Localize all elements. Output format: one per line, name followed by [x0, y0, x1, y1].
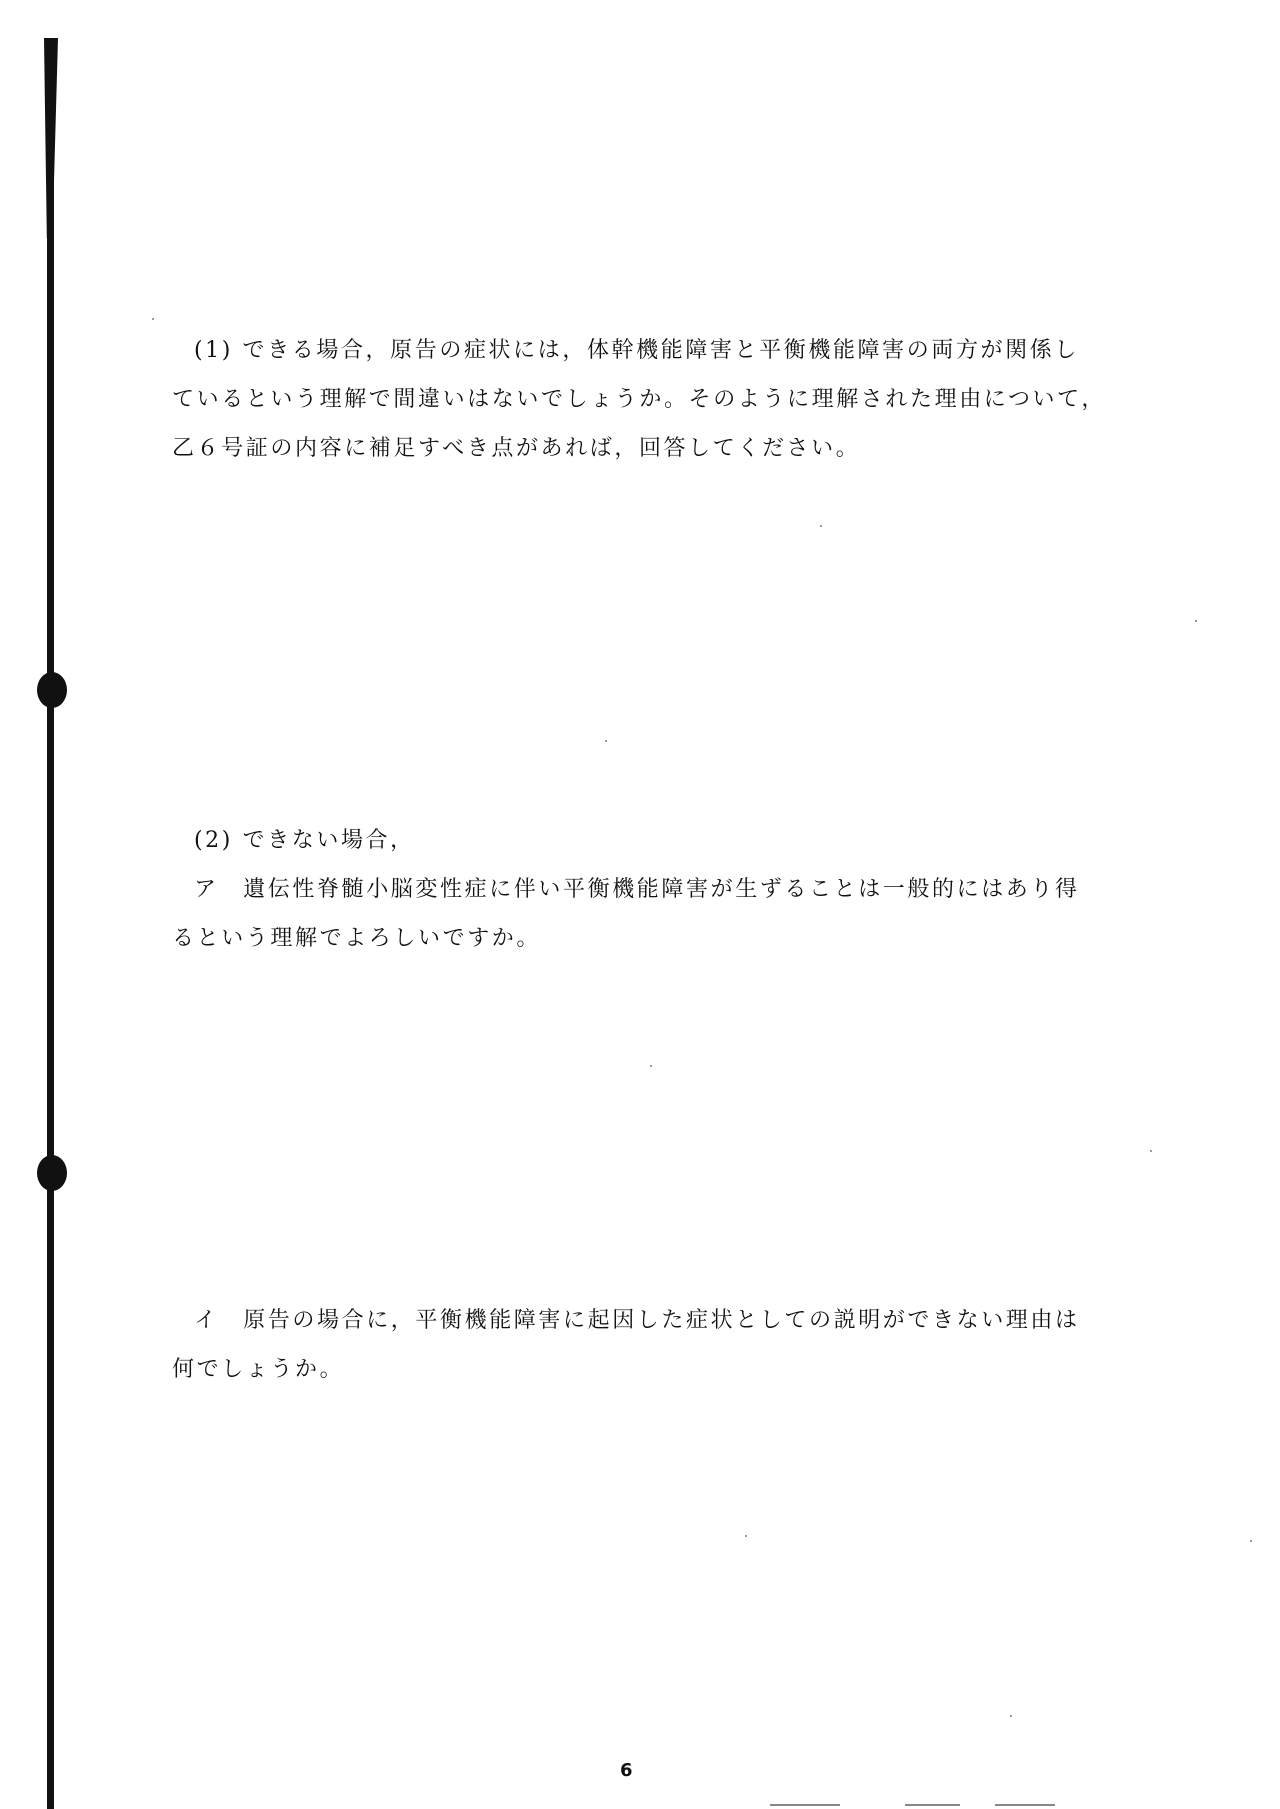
punch-hole-icon	[37, 1155, 67, 1191]
speck	[745, 1535, 747, 1537]
speck	[820, 525, 822, 527]
punch-hole-icon	[37, 672, 67, 708]
section-2-heading-text: (2) できない場合，	[172, 816, 1232, 865]
speck	[650, 1065, 652, 1067]
section-1-line-2: ているという理解で間違いはないでしょうか。そのように理解された理由について，	[172, 375, 1232, 424]
section-2-heading: (2) できない場合，	[172, 816, 1232, 865]
speck	[1150, 1150, 1152, 1152]
section-1-question: (1) できる場合，原告の症状には，体幹機能障害と平衡機能障害の両方が関係し て…	[172, 326, 1232, 473]
speck	[1010, 1715, 1012, 1717]
scan-mark	[905, 1804, 960, 1806]
page-number: 6	[620, 1760, 633, 1781]
item-a-line-1: ア 遺伝性脊髄小脳変性症に伴い平衡機能障害が生ずることは一般的にはあり得	[172, 865, 1232, 914]
item-i-line-1: イ 原告の場合に，平衡機能障害に起因した症状としての説明ができない理由は	[172, 1296, 1232, 1345]
section-2-item-i: イ 原告の場合に，平衡機能障害に起因した症状としての説明ができない理由は 何でし…	[172, 1296, 1232, 1394]
speck	[605, 740, 607, 742]
item-a-line-2: るという理解でよろしいですか。	[172, 914, 1232, 963]
section-1-line-3: 乙６号証の内容に補足すべき点があれば，回答してください。	[172, 424, 1232, 473]
section-1-line-1: (1) できる場合，原告の症状には，体幹機能障害と平衡機能障害の両方が関係し	[172, 326, 1232, 375]
scan-mark	[995, 1804, 1055, 1806]
binding-line	[47, 38, 54, 1809]
section-2-item-a: ア 遺伝性脊髄小脳変性症に伴い平衡機能障害が生ずることは一般的にはあり得 るとい…	[172, 865, 1232, 963]
speck	[152, 318, 154, 320]
scan-mark	[770, 1804, 840, 1806]
item-i-line-2: 何でしょうか。	[172, 1345, 1232, 1394]
speck	[1250, 1540, 1252, 1542]
speck	[1195, 620, 1197, 622]
